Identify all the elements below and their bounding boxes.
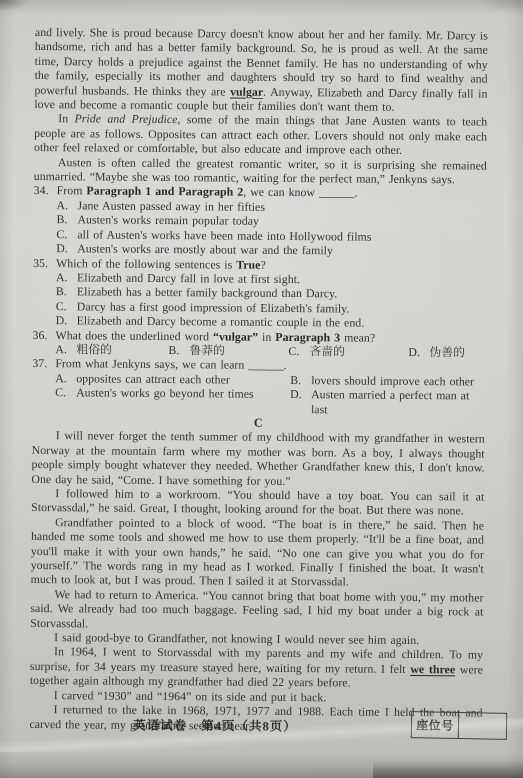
option-text: Austen's works remain popular today	[77, 213, 259, 229]
photo-shadow-right	[507, 0, 523, 778]
text-segment: in	[258, 329, 275, 343]
text-segment: What does the underlined word	[56, 328, 214, 343]
question-35: 35. Which of the following sentences is …	[33, 255, 487, 331]
photo-shadow-corner-tl	[0, 0, 30, 12]
option-text: 鲁莽的	[189, 343, 225, 358]
passage-paragraph: Grandfather pointed to a block of wood. …	[31, 515, 485, 591]
question-34: 34. From Paragraph 1 and Paragraph 2, we…	[33, 183, 487, 259]
text-segment: , we can know	[243, 185, 319, 200]
passage-paragraph: In 1964, I went to Storvassdal with my p…	[30, 644, 483, 691]
option-d: D.Austen married a perfect man at last	[290, 387, 485, 417]
question-number: 36.	[33, 328, 56, 343]
option-c: C.Austen's works go beyond her times	[55, 385, 290, 416]
photo-shadow-bottom-right	[373, 760, 523, 778]
option-d: D.伪善的	[408, 345, 485, 360]
seat-number-cell	[459, 713, 506, 739]
exam-title: 英语试卷	[133, 718, 187, 732]
option-text: 粗俗的	[76, 342, 112, 357]
option-text: Jane Austen passed away in her fifties	[78, 198, 266, 214]
option-label: B.	[290, 373, 311, 388]
option-label: C.	[288, 344, 309, 359]
option-label: D.	[408, 345, 429, 360]
question-number: 37.	[32, 356, 55, 371]
underlined-word-vulgar: vulgar	[230, 84, 263, 98]
text-segment-bold: True	[236, 257, 260, 271]
exam-paper-photo: and lively. She is proud because Darcy d…	[0, 0, 523, 778]
option-text: lovers should improve each other	[311, 373, 474, 389]
photo-shadow-top	[0, 0, 523, 16]
page-footer: 英语试卷第4页（共8页）	[35, 715, 395, 736]
text-segment: .	[354, 186, 357, 200]
seat-number-label: 座位号	[412, 712, 459, 738]
option-label: B.	[56, 212, 77, 227]
seat-number-box: 座位号	[411, 711, 507, 740]
photo-shadow-bottom	[0, 752, 523, 778]
page-number: 第4页（共8页）	[201, 719, 297, 734]
passage-paragraph: We had to return to America. “You cannot…	[30, 587, 483, 634]
text-segment: .	[284, 358, 287, 372]
option-label: D.	[56, 241, 77, 256]
option-b: B.lovers should improve each other	[290, 373, 485, 389]
question-number: 34.	[34, 183, 57, 198]
underlined-phrase-we-three: we three	[410, 662, 455, 676]
passage-paragraph: In Pride and Prejudice, some of the main…	[34, 111, 487, 158]
photo-shadow-corner-tr	[477, 0, 523, 14]
option-label: B.	[168, 343, 189, 358]
passage-paragraph: I followed him to a workroom. “You shoul…	[31, 486, 484, 518]
book-title: Pride and Prejudice	[75, 112, 178, 127]
question-36: 36. What does the underlined word “vulga…	[32, 328, 485, 360]
text-segment: ?	[260, 257, 265, 271]
question-number: 35.	[33, 255, 56, 270]
option-label: A.	[55, 342, 76, 357]
option-text: 吝啬的	[309, 344, 345, 359]
photo-shadow-left	[0, 0, 14, 778]
option-label: B.	[56, 284, 77, 299]
option-text: 伪善的	[429, 345, 465, 360]
text-segment: From	[57, 184, 87, 198]
text-segment: mean?	[340, 330, 375, 344]
passage-paragraph: and lively. She is proud because Darcy d…	[34, 25, 488, 115]
option-label: A.	[57, 198, 78, 213]
text-segment: From what Jenkyns says, we can learn	[55, 357, 248, 373]
option-label: D.	[290, 387, 311, 416]
option-text: opposites can attract each other	[76, 371, 230, 387]
option-text: Austen's works go beyond her times	[76, 385, 254, 415]
passage-paragraph: Austen is often called the greatest roma…	[34, 155, 487, 187]
option-text: Austen married a perfect man at last	[311, 387, 485, 417]
option-c: C.吝啬的	[288, 344, 408, 359]
option-label: A.	[55, 371, 76, 386]
text-segment: Which of the following sentences is	[56, 256, 236, 271]
option-label: C.	[56, 227, 77, 242]
question-37: 37. From what Jenkyns says, we can learn…	[32, 356, 485, 417]
text-segment: In	[58, 112, 74, 126]
exam-page-content: and lively. She is proud because Darcy d…	[29, 25, 488, 734]
option-label: A.	[56, 270, 77, 285]
answer-blank: ______	[319, 186, 354, 200]
option-a: A.粗俗的	[55, 342, 168, 357]
text-segment-bold: Paragraph 1 and Paragraph 2	[86, 184, 243, 199]
answer-blank: ______	[248, 358, 283, 372]
option-row: C.Austen's works go beyond her times D.A…	[32, 385, 485, 417]
option-b: B.鲁莽的	[168, 343, 288, 358]
text-segment-bold: “vulgar”	[213, 329, 258, 343]
passage-paragraph: I will never forget the tenth summer of …	[31, 428, 484, 489]
option-label: C.	[56, 299, 77, 314]
text-segment-bold: Paragraph 3	[275, 329, 340, 344]
option-label: D.	[56, 313, 77, 328]
option-label: C.	[55, 385, 76, 414]
